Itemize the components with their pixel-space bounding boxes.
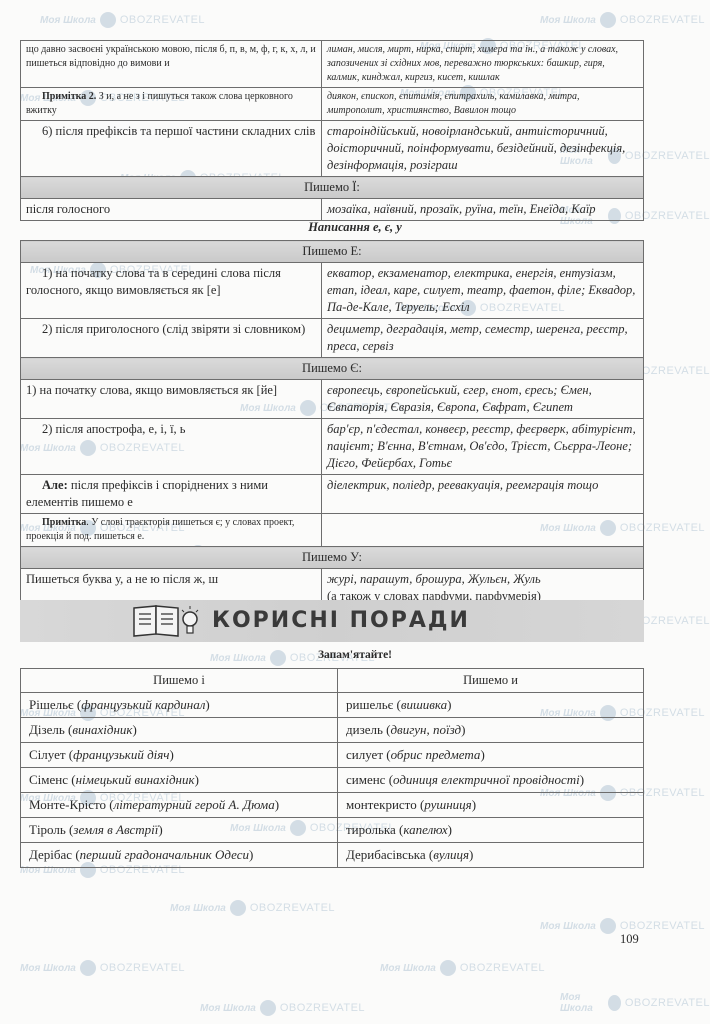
header-ye: Пишемо Є: — [21, 358, 644, 380]
watermark-logo-icon — [100, 12, 116, 28]
word-with-y: ришельє (вишивка) — [338, 693, 644, 718]
rule-note: Примітка 2. З и, а не з і пишуться також… — [21, 88, 322, 121]
rule-examples: діелектрик, поліедр, реевакуація, реемгр… — [322, 475, 644, 514]
table-row: Сілует (французький діяч)силует (обрис п… — [21, 743, 644, 768]
watermark-logo-icon — [230, 900, 246, 916]
word-with-i: Монте-Крісто (літературний герой А. Дюма… — [21, 793, 338, 818]
word-with-i: Сіменс (німецький винахідник) — [21, 768, 338, 793]
word-with-i: Сілует (французький діяч) — [21, 743, 338, 768]
header-e: Пишемо Е: — [21, 241, 644, 263]
table-row: Дізель (винахідник)дизель (двигун, поїзд… — [21, 718, 644, 743]
rule-examples: бар'єр, п'єдестал, конвеєр, реєстр, феєр… — [322, 419, 644, 475]
section-header-row: Пишемо Є: — [21, 358, 644, 380]
rule-text: 6) після префіксів та першої частини скл… — [21, 121, 322, 177]
header-yi: Пишемо Ї: — [21, 177, 644, 199]
word-with-y: Дерибасівська (вулиця) — [338, 843, 644, 868]
rule-examples — [322, 514, 644, 547]
page-number: 109 — [620, 932, 639, 947]
rule-examples: староіндійський, новоірландський, антиіс… — [322, 121, 644, 177]
table-row: 1) на початку слова та в середині слова … — [21, 263, 644, 319]
rule-examples: екватор, екзаменатор, електрика, енергія… — [322, 263, 644, 319]
column-header: Пишемо и — [338, 669, 644, 693]
watermark: Моя ШколаOBOZREVATEL — [540, 12, 705, 28]
rule-text: після голосного — [21, 199, 322, 221]
table-row: 1) на початку слова, якщо вимовляється я… — [21, 380, 644, 419]
rule-examples: диякон, єпископ, єпитимія, єпитрахиль, к… — [322, 88, 644, 121]
watermark: Моя ШколаOBOZREVATEL — [380, 960, 545, 976]
rule-examples: європеєць, європейський, єгер, єнот, єре… — [322, 380, 644, 419]
watermark: Моя ШколаOBOZREVATEL — [560, 992, 710, 1014]
watermark-logo-icon — [80, 960, 96, 976]
table-row: Сіменс (німецький винахідник)сименс (оди… — [21, 768, 644, 793]
word-with-y: монтекристо (рушниця) — [338, 793, 644, 818]
table-row: після голосного мозаїка, наївний, прозаї… — [21, 199, 644, 221]
table-row: 2) після апострофа, е, і, ї, ь бар'єр, п… — [21, 419, 644, 475]
word-with-y: тиролька (капелюх) — [338, 818, 644, 843]
note-label: Примітка 2. — [42, 91, 96, 102]
watermark: Моя ШколаOBOZREVATEL — [20, 960, 185, 976]
e-ye-u-rules-table: Пишемо Е: 1) на початку слова та в серед… — [20, 240, 644, 608]
useful-tips-banner: КОРИСНІ ПОРАДИ — [20, 600, 644, 642]
rule-examples: дециметр, деградація, метр, семестр, шер… — [322, 319, 644, 358]
table-row: Але: після префіксів і споріднених з ним… — [21, 475, 644, 514]
section-header-row: Пишемо Ї: — [21, 177, 644, 199]
rule-text: 2) після апострофа, е, і, ї, ь — [21, 419, 322, 475]
table-header-row: Пишемо і Пишемо и — [21, 669, 644, 693]
word-with-i: Дерібас (перший градоначальник Одеси) — [21, 843, 338, 868]
watermark-logo-icon — [600, 12, 616, 28]
table-row: 6) після префіксів та першої частини скл… — [21, 121, 644, 177]
table-row: Рішельє (французький кардинал)ришельє (в… — [21, 693, 644, 718]
rule-examples: лиман, мисля, мирт, нирка, спирт, химера… — [322, 41, 644, 88]
table-row: Тіроль (земля в Австрії)тиролька (капелю… — [21, 818, 644, 843]
table-row: Дерібас (перший градоначальник Одеси)Дер… — [21, 843, 644, 868]
rule-text: що давно засвоєні українською мовою, піс… — [21, 41, 322, 88]
book-lightbulb-icon — [130, 602, 202, 640]
table-row: Монте-Крісто (літературний герой А. Дюма… — [21, 793, 644, 818]
rule-note: Примітка. У слові траєкторія пишеться є;… — [21, 514, 322, 547]
word-with-y: сименс (одиниця електричної провідності) — [338, 768, 644, 793]
rule-exception: Але: після префіксів і споріднених з ним… — [21, 475, 322, 514]
table-row: що давно засвоєні українською мовою, піс… — [21, 41, 644, 88]
table-row: Примітка 2. З и, а не з і пишуться також… — [21, 88, 644, 121]
watermark: Моя ШколаOBOZREVATEL — [200, 1000, 365, 1016]
rule-text: 1) на початку слова та в середині слова … — [21, 263, 322, 319]
section-title: Написання е, є, у — [0, 220, 710, 235]
word-with-i: Тіроль (земля в Австрії) — [21, 818, 338, 843]
word-with-i: Дізель (винахідник) — [21, 718, 338, 743]
rule-text: 2) після приголосного (слід звіряти зі с… — [21, 319, 322, 358]
section-header-row: Пишемо У: — [21, 547, 644, 569]
watermark-logo-icon — [608, 995, 621, 1011]
banner-title: КОРИСНІ ПОРАДИ — [212, 608, 470, 633]
watermark-logo-icon — [600, 918, 616, 934]
word-with-i: Рішельє (французький кардинал) — [21, 693, 338, 718]
table-row: Примітка. У слові траєкторія пишеться є;… — [21, 514, 644, 547]
rule-examples: мозаїка, наївний, прозаїк, руїна, теїн, … — [322, 199, 644, 221]
header-u: Пишемо У: — [21, 547, 644, 569]
spelling-rules-table: що давно засвоєні українською мовою, піс… — [20, 40, 644, 221]
rule-text: 1) на початку слова, якщо вимовляється я… — [21, 380, 322, 419]
word-with-y: силует (обрис предмета) — [338, 743, 644, 768]
section-header-row: Пишемо Е: — [21, 241, 644, 263]
watermark-logo-icon — [440, 960, 456, 976]
column-header: Пишемо і — [21, 669, 338, 693]
watermark-logo-icon — [260, 1000, 276, 1016]
watermark: Моя ШколаOBOZREVATEL — [40, 12, 205, 28]
remember-heading: Запам'ятайте! — [0, 649, 710, 661]
word-with-y: дизель (двигун, поїзд) — [338, 718, 644, 743]
table-row: 2) після приголосного (слід звіряти зі с… — [21, 319, 644, 358]
i-vs-y-words-table: Пишемо і Пишемо и Рішельє (французький к… — [20, 668, 644, 868]
watermark: Моя ШколаOBOZREVATEL — [170, 900, 335, 916]
